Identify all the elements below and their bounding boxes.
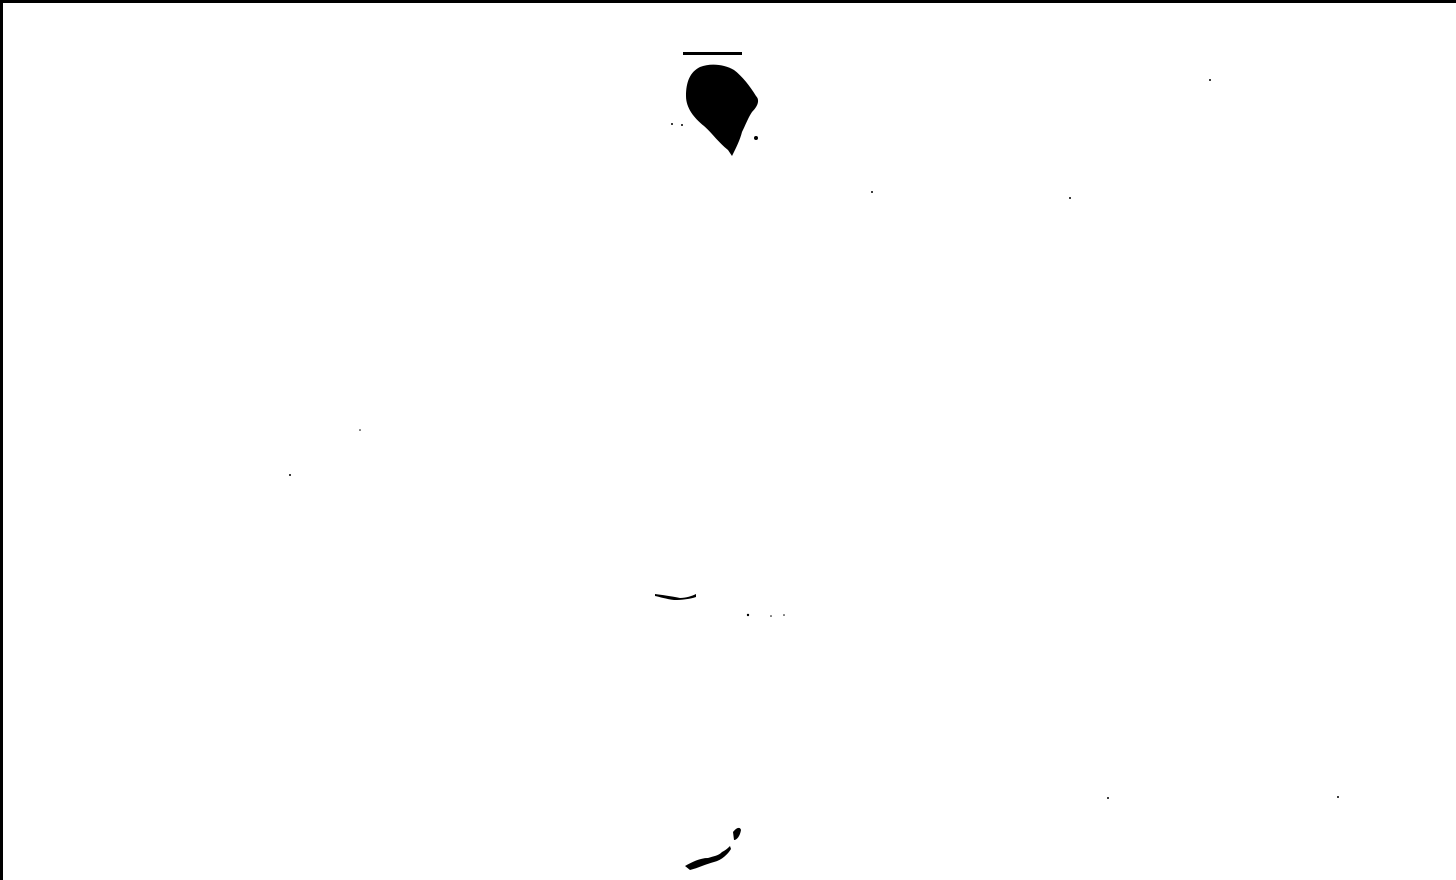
speck (871, 191, 873, 193)
speck (754, 136, 758, 140)
dark-blob (686, 65, 758, 156)
speck (1337, 796, 1339, 798)
speck (289, 474, 291, 476)
bottom-tip (733, 828, 741, 840)
bottom-streak (685, 846, 731, 870)
speck (1209, 79, 1211, 81)
top-streak (683, 52, 742, 55)
speck (1107, 797, 1109, 799)
speck (1069, 197, 1071, 199)
speck (671, 123, 673, 125)
blob-layer (0, 0, 1456, 880)
speck (770, 615, 772, 617)
binarized-image (0, 0, 1456, 880)
middle-streak (655, 594, 696, 600)
speck (359, 429, 361, 431)
speck (681, 124, 683, 126)
speck (783, 614, 785, 616)
speck (747, 614, 749, 616)
